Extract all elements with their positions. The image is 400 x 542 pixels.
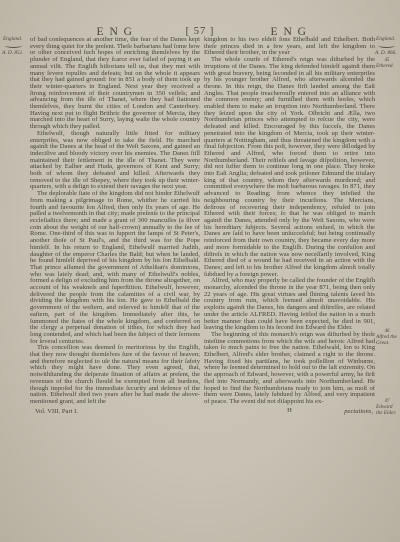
margin-note-england-right: England. — [376, 37, 399, 43]
signature-row: H pectations, — [204, 408, 375, 416]
margin-note-date-right: A. D. 866. — [375, 51, 400, 57]
margin-note-date-left: A. D. 851. — [2, 51, 29, 57]
right-column: kingdom to his two eldeſt ſons Ethelbald… — [204, 37, 375, 416]
paragraph: Alfred, who may properly be called the f… — [204, 278, 375, 332]
catchword: pectations, — [344, 409, 373, 416]
left-column: of bad conſequences at another time, the… — [30, 37, 200, 415]
margin-note-england-left: England. — [3, 37, 29, 43]
paragraph: of bad conſequences at another time, the… — [30, 37, 200, 131]
margin-note-alfred-the-great: Alfred the Great. — [376, 335, 400, 346]
volume-signature-line: Vol. VIII. Part I. — [30, 409, 200, 416]
paragraph: This conceſſion was deemed ſo meritoriou… — [30, 345, 200, 405]
paragraph: Ethelwulf, though naturally little fitte… — [30, 131, 200, 191]
margin-flourish-left — [5, 43, 22, 48]
paragraph: The whole courſe of Ethered's reign was … — [204, 57, 375, 278]
book-page: E N G [ 57 ] E N G England. A. D. 851. E… — [0, 0, 400, 542]
margin-note-edward-the-elder: Edward the Elder. — [376, 405, 400, 416]
paragraph: The deplorable ſtate of the kingdom did … — [30, 191, 200, 345]
margin-note-ethered: Ethered. — [376, 64, 399, 70]
paragraph: kingdom to his two eldeſt ſons Ethelbald… — [204, 37, 375, 57]
margin-flourish-right — [378, 43, 395, 48]
paragraph: The beginning of this monarch's reign wa… — [204, 332, 375, 406]
